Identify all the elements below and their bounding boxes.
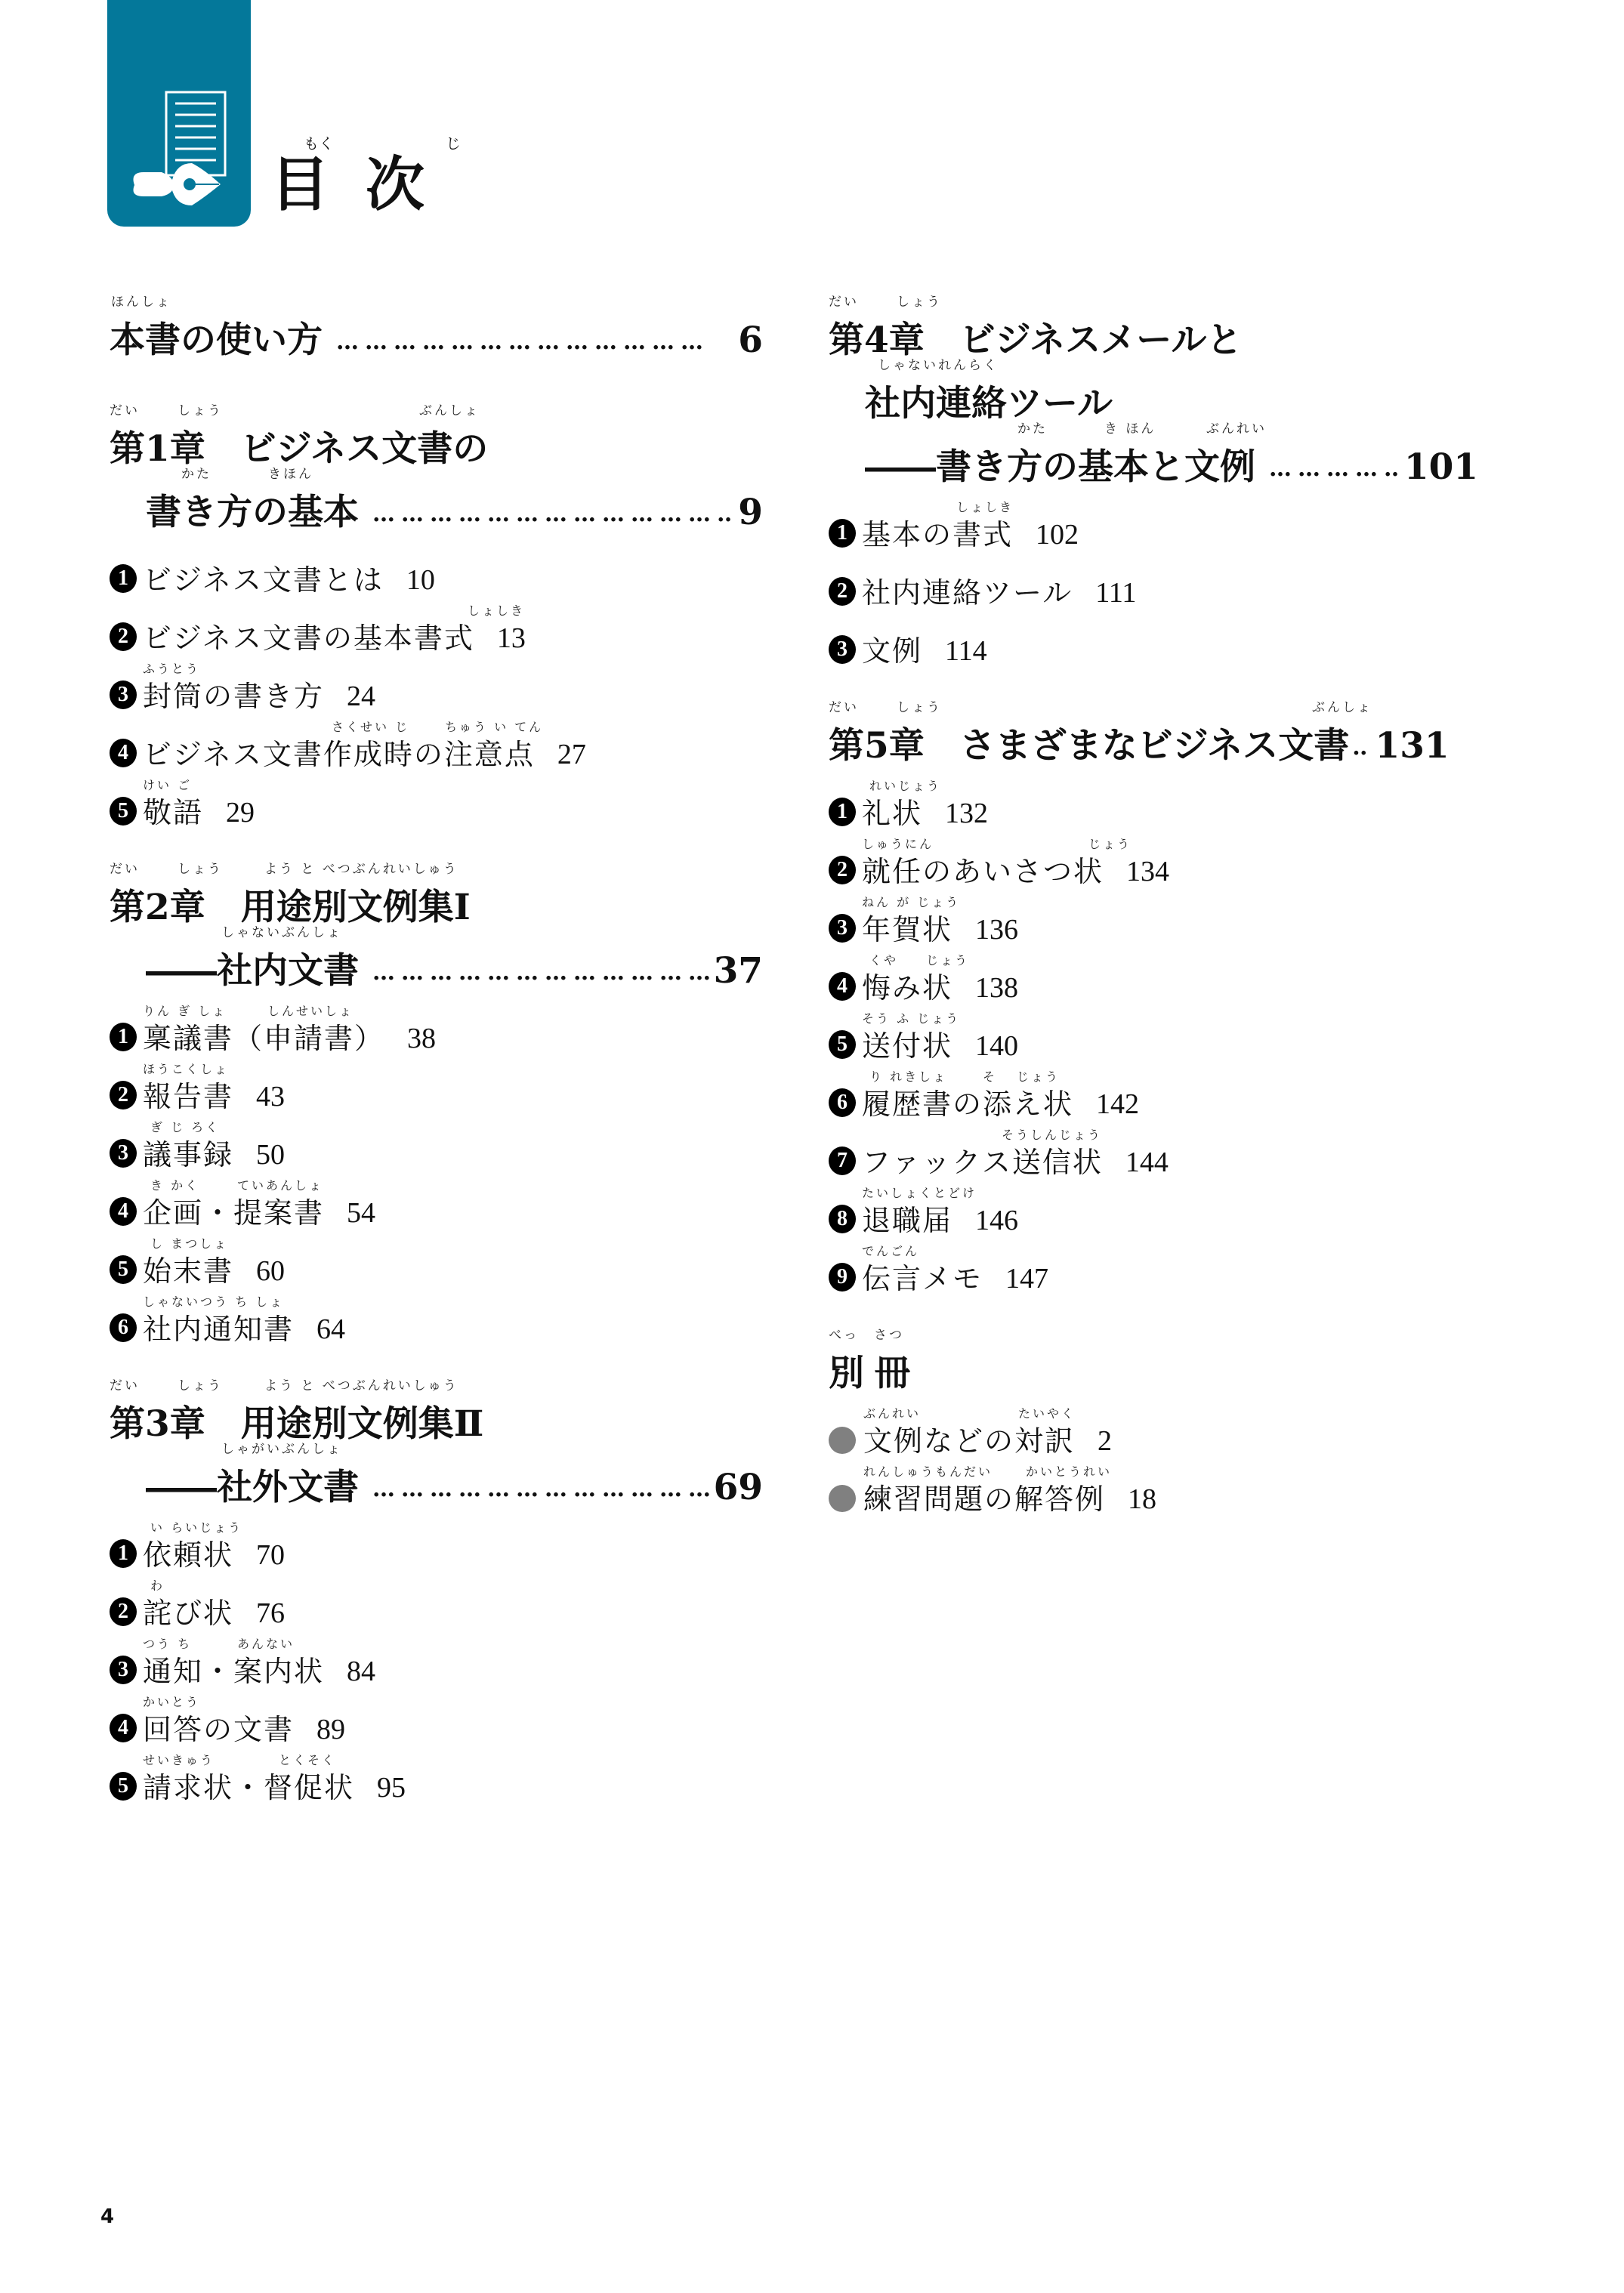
furigana: けい ご	[143, 779, 192, 792]
furigana: だい	[829, 296, 859, 309]
furigana: わ	[150, 1580, 165, 1592]
number-badge-icon: 1	[829, 798, 856, 826]
furigana: そう ふ じょう	[862, 1013, 960, 1025]
toc-item[interactable]: しょしき2ビジネス文書の基本書式13	[110, 594, 763, 653]
number-badge-icon: 4	[110, 739, 137, 767]
number-badge-icon: 1	[829, 519, 856, 548]
toc-item[interactable]: さくせい じちゅう い てん4ビジネス文書作成時の注意点27	[110, 711, 763, 769]
number-badge-icon: 8	[829, 1205, 856, 1233]
dot-leader: ……………………………………	[372, 961, 709, 989]
item-label: 議事録	[143, 1140, 233, 1169]
chapter-subtitle: ――社外文書	[146, 1470, 359, 1505]
page-number: 76	[256, 1599, 285, 1628]
dot-leader: ‥	[1352, 736, 1373, 764]
toc-item[interactable]: ふうとう3封筒の書き方24	[110, 653, 763, 711]
chapter-title: 第1章 ビジネス文書の	[110, 431, 488, 467]
item-label: 基本の書式	[862, 520, 1013, 549]
furigana: ふうとう	[143, 663, 200, 675]
number-badge-icon: 4	[829, 972, 856, 1001]
furigana: ぎ じ ろく	[150, 1122, 220, 1134]
item-label: 退職届	[862, 1206, 952, 1235]
furigana: だい	[110, 1380, 140, 1393]
furigana: だい	[110, 405, 140, 418]
furigana: ねん が じょう	[862, 897, 960, 909]
page-number: 111	[1095, 579, 1136, 607]
item-label: 年賀状	[862, 915, 952, 944]
furigana: そ	[983, 1071, 997, 1083]
furigana: でんごん	[862, 1245, 919, 1258]
item-label: 練習問題の解答例	[863, 1485, 1105, 1514]
page-number: 6	[738, 323, 763, 358]
number-badge-icon: 5	[110, 797, 137, 826]
number-badge-icon: 7	[829, 1146, 856, 1175]
furigana: しょしき	[956, 501, 1014, 514]
toc-item[interactable]: り れきしょそじょう6履歴書の添え状142	[829, 1060, 1478, 1119]
page-number: 142	[1096, 1090, 1139, 1119]
page-number: 114	[945, 637, 987, 665]
gray-bullet-icon	[829, 1485, 856, 1512]
furigana: しゃないつう ち しょ	[143, 1296, 284, 1308]
item-label: 依頼状	[143, 1541, 233, 1569]
number-badge-icon: 1	[110, 1539, 137, 1568]
furigana: し まつしょ	[150, 1238, 228, 1250]
page-number: 10	[406, 566, 435, 594]
page-number: 95	[377, 1773, 406, 1802]
number-badge-icon: 6	[110, 1313, 137, 1342]
toc-chapter-1[interactable]: だい しょう ぶんしょ 第1章 ビジネス文書の かた きほん 書き方の基本 ………	[110, 403, 763, 827]
furigana: き ほん	[1104, 423, 1156, 436]
number-badge-icon: 9	[829, 1263, 856, 1292]
furigana: ちゅう い てん	[445, 721, 543, 733]
furigana: しょう	[178, 1380, 223, 1393]
furigana: りん ぎ しょ	[143, 1005, 227, 1017]
dot-leader: ……………………………………	[372, 503, 733, 530]
page-number: 89	[316, 1715, 345, 1744]
item-label: ビジネス文書とは	[143, 566, 384, 594]
number-badge-icon: 2	[110, 1597, 137, 1626]
item-label: 詫び状	[143, 1599, 233, 1628]
item-label: ビジネス文書の基本書式	[143, 624, 474, 653]
page-number: 84	[347, 1657, 375, 1686]
item-label: 封筒の書き方	[143, 682, 324, 711]
item-label: 伝言メモ	[862, 1264, 983, 1293]
number-badge-icon: 4	[110, 1714, 137, 1742]
number-badge-icon: 3	[110, 1139, 137, 1168]
number-badge-icon: 2	[110, 1081, 137, 1109]
chapter-subtitle: ――社内文書	[146, 953, 359, 989]
furigana: じょう	[1017, 1071, 1060, 1083]
number-badge-icon: 5	[829, 1030, 856, 1059]
number-badge-icon: 3	[829, 914, 856, 943]
toc-item[interactable]: そうしんじょう7ファックス送信状144	[829, 1119, 1478, 1177]
furigana: ぶんれい	[863, 1408, 921, 1420]
furigana: ほうこくしょ	[143, 1063, 229, 1076]
page-number: 2	[1098, 1427, 1112, 1455]
page-number: 38	[407, 1024, 436, 1053]
header-tab	[107, 0, 251, 227]
page-number: 29	[226, 798, 255, 827]
furigana: ていあんしょ	[237, 1180, 323, 1192]
toc-item[interactable]: ぎ じ ろく3議事録50	[110, 1111, 763, 1169]
furigana: とくそく	[279, 1754, 336, 1767]
toc-item[interactable]: しゃないつう ち しょ6社内通知書64	[110, 1285, 763, 1344]
furigana: れんしゅうもんだい	[863, 1466, 993, 1478]
page-number: 69	[714, 1470, 763, 1505]
number-badge-icon: 2	[829, 856, 856, 884]
toc-item[interactable]: れいじょう1礼状132	[829, 770, 1478, 828]
toc-item[interactable]: くやじょう4悔み状138	[829, 944, 1478, 1002]
dot-leader: ……………………………………	[372, 1478, 709, 1505]
item-label: ファックス送信状	[862, 1148, 1103, 1177]
item-label: 文例	[862, 637, 922, 665]
number-badge-icon: 2	[110, 622, 137, 651]
furigana: つう ち	[143, 1638, 192, 1650]
furigana: よう と べつぶんれいしゅう	[264, 863, 458, 876]
furigana: しょう	[897, 296, 942, 309]
item-label: 悔み状	[862, 974, 952, 1002]
furigana: そうしんじょう	[1002, 1129, 1102, 1141]
page-number: 140	[975, 1032, 1018, 1060]
item-label: 通知・案内状	[143, 1657, 324, 1686]
toc-item[interactable]: でんごん9伝言メモ147	[829, 1235, 1478, 1293]
toc-item[interactable]: ぶんれいたいやく文例などの対訳2	[829, 1397, 1478, 1455]
item-label: 稟議書（申請書）	[143, 1024, 384, 1053]
furigana: かた	[1017, 423, 1048, 436]
page-number: 131	[1375, 728, 1450, 764]
number-badge-icon: 5	[110, 1772, 137, 1801]
page-number: 64	[316, 1315, 345, 1344]
toc-item[interactable]: ほうこくしょ2報告書43	[110, 1053, 763, 1111]
furigana: り れきしょ	[869, 1071, 947, 1083]
item-label: 社内通知書	[143, 1315, 294, 1344]
page-number: 144	[1125, 1148, 1169, 1177]
toc-item[interactable]: せいきゅうとくそく5請求状・督促状95	[110, 1744, 763, 1802]
item-label: ビジネス文書作成時の注意点	[143, 740, 535, 769]
toc-item[interactable]: 3文例114	[829, 607, 1478, 665]
furigana: かいとうれい	[1026, 1466, 1112, 1478]
item-label: 就任のあいさつ状	[862, 857, 1104, 886]
number-badge-icon: 1	[110, 564, 137, 593]
page-number: 146	[975, 1206, 1018, 1235]
page-number: 13	[497, 624, 526, 653]
footer-page-number: 4	[100, 2205, 114, 2228]
page-number: 43	[256, 1082, 285, 1111]
furigana: じょう	[926, 955, 969, 967]
document-with-pen-nib-icon	[107, 0, 251, 227]
toc-item[interactable]: たいしょくとどけ8退職届146	[829, 1177, 1478, 1235]
toc-item[interactable]: 1ビジネス文書とは10	[110, 536, 763, 594]
furigana: しゃないれんらく	[878, 360, 999, 372]
page-number: 134	[1126, 857, 1169, 886]
toc-supplement[interactable]: べっ さつ 別冊 ぶんれいたいやく文例などの対訳2 れんしゅうもんだいかいとうれ…	[829, 1328, 1478, 1514]
furigana: しゃないぶんしょ	[221, 927, 342, 940]
item-label: 回答の文書	[143, 1715, 294, 1744]
furigana: だい	[829, 702, 859, 714]
page-number: 138	[975, 974, 1018, 1002]
page-title: もく じ 目次	[270, 136, 461, 227]
toc-right-column: だい しょう 第4章 ビジネスメールと しゃないれんらく 社内連絡ツール かた …	[829, 295, 1478, 1548]
furigana: さくせい じ	[332, 721, 409, 733]
toc-item[interactable]: りん ぎ しょしんせいしょ1稟議書（申請書）38	[110, 995, 763, 1053]
chapter-title: 第2章 用途別文例集Ⅰ	[110, 890, 471, 925]
furigana: しょしき	[468, 605, 525, 617]
furigana: しょう	[178, 405, 223, 418]
toc-intro[interactable]: ほんしょ 本書の使い方 ………………………………… 6	[110, 295, 763, 358]
page-number: 54	[347, 1199, 375, 1227]
furigana: あんない	[237, 1638, 295, 1650]
number-badge-icon: 3	[110, 1656, 137, 1684]
page-number: 60	[256, 1257, 285, 1285]
toc-item[interactable]: しゅうにんじょう2就任のあいさつ状134	[829, 828, 1478, 886]
chapter-title: 第5章 さまざまなビジネス文書	[829, 728, 1349, 764]
item-label: 請求状・督促状	[143, 1773, 354, 1802]
page-number: 70	[256, 1541, 285, 1569]
furigana: しゃがいぶんしょ	[221, 1443, 342, 1456]
furigana: ほんしょ	[111, 296, 171, 309]
page-number: 9	[738, 495, 763, 530]
page-number: 27	[557, 740, 586, 769]
toc-left-column: ほんしょ 本書の使い方 ………………………………… 6 だい しょう ぶんしょ …	[110, 295, 763, 1837]
chapter-subtitle: 社内連絡ツール	[865, 386, 1113, 421]
furigana: しんせいしょ	[267, 1005, 354, 1017]
dot-leader: ………………	[1269, 458, 1400, 485]
toc-chapter-4[interactable]: だい しょう 第4章 ビジネスメールと しゃないれんらく 社内連絡ツール かた …	[829, 295, 1478, 665]
page-number: 18	[1128, 1485, 1156, 1514]
toc-item[interactable]: し まつしょ5始末書60	[110, 1227, 763, 1285]
chapter-subtitle: 書き方の基本	[146, 495, 359, 530]
toc-chapter-2[interactable]: だい しょう よう と べつぶんれいしゅう 第2章 用途別文例集Ⅰ しゃないぶん…	[110, 862, 763, 1344]
gray-bullet-icon	[829, 1427, 856, 1454]
item-label: 始末書	[143, 1257, 233, 1285]
page-number: 102	[1036, 520, 1079, 549]
toc-item[interactable]: わ2詫び状76	[110, 1569, 763, 1628]
furigana: れいじょう	[869, 780, 941, 792]
toc-item[interactable]: けい ご5敬語29	[110, 769, 763, 827]
furigana: せいきゅう	[143, 1754, 215, 1767]
item-label: 企画・提案書	[143, 1199, 324, 1227]
furigana: い らいじょう	[150, 1522, 242, 1534]
page-number: 132	[945, 799, 988, 828]
toc-item[interactable]: そう ふ じょう5送付状140	[829, 1002, 1478, 1060]
number-badge-icon: 1	[110, 1023, 137, 1051]
toc-chapter-5[interactable]: だい しょう ぶんしょ 第5章 さまざまなビジネス文書 ‥ 131 れいじょう1…	[829, 700, 1478, 1293]
toc-item[interactable]: つう ちあんない3通知・案内状84	[110, 1628, 763, 1686]
page-number: 37	[714, 953, 763, 989]
furigana: きほん	[268, 468, 313, 481]
page-number: 50	[256, 1140, 285, 1169]
toc-item[interactable]: ねん が じょう3年賀状136	[829, 886, 1478, 944]
toc-item[interactable]: しょしき1基本の書式102	[829, 491, 1478, 549]
chapter-subtitle: ――書き方の基本と文例	[865, 449, 1255, 485]
item-label: 履歴書の添え状	[862, 1090, 1073, 1119]
number-badge-icon: 2	[829, 577, 856, 606]
furigana: たいやく	[1018, 1408, 1076, 1420]
chapter-title: 第3章 用途別文例集Ⅱ	[110, 1406, 483, 1442]
item-label: 社内連絡ツール	[862, 579, 1073, 607]
furigana: ぶんしょ	[1312, 702, 1372, 714]
item-label: 敬語	[143, 798, 203, 827]
title-char: 次	[366, 151, 461, 219]
toc-item[interactable]: い らいじょう1依頼状70	[110, 1511, 763, 1569]
toc-chapter-3[interactable]: だい しょう よう と べつぶんれいしゅう 第3章 用途別文例集Ⅱ しゃがいぶん…	[110, 1378, 763, 1802]
toc-item[interactable]: れんしゅうもんだいかいとうれい練習問題の解答例18	[829, 1455, 1478, 1514]
furigana: しゅうにん	[862, 838, 934, 850]
toc-heading-title: 本書の使い方	[110, 323, 323, 358]
furigana: しょう	[178, 863, 223, 876]
page-number: 101	[1404, 449, 1478, 485]
toc-item[interactable]: かいとう4回答の文書89	[110, 1686, 763, 1744]
furigana: よう と べつぶんれいしゅう	[264, 1380, 458, 1393]
furigana: き かく	[150, 1180, 199, 1192]
number-badge-icon: 3	[829, 635, 856, 664]
dot-leader: …………………………………	[336, 331, 733, 358]
furigana: ぶんしょ	[419, 405, 480, 418]
furigana: もく	[304, 136, 334, 151]
item-label: 送付状	[862, 1032, 952, 1060]
furigana: かいとう	[143, 1696, 200, 1708]
item-label: 礼状	[862, 799, 922, 828]
page-title-furigana: もく じ	[270, 136, 461, 156]
furigana: じ	[446, 136, 461, 151]
furigana: くや	[869, 955, 898, 967]
furigana: しょう	[897, 702, 942, 714]
item-label: 文例などの対訳	[863, 1427, 1075, 1455]
furigana: べっ さつ	[829, 1329, 904, 1342]
furigana: たいしょくとどけ	[862, 1187, 977, 1199]
toc-item[interactable]: き かくていあんしょ4企画・提案書54	[110, 1169, 763, 1227]
furigana: じょう	[1088, 838, 1132, 850]
page-number: 24	[347, 682, 375, 711]
supplement-title: 別冊	[829, 1356, 921, 1391]
chapter-title: 第4章 ビジネスメールと	[829, 323, 1242, 358]
toc-item[interactable]: 2社内連絡ツール111	[829, 549, 1478, 607]
title-char: 目	[270, 151, 366, 219]
furigana: かた	[181, 468, 211, 481]
item-label: 報告書	[143, 1082, 233, 1111]
page-number: 147	[1005, 1264, 1048, 1293]
number-badge-icon: 6	[829, 1088, 856, 1117]
furigana: ぶんれい	[1206, 423, 1267, 436]
page-number: 136	[975, 915, 1018, 944]
number-badge-icon: 5	[110, 1255, 137, 1284]
number-badge-icon: 4	[110, 1197, 137, 1226]
number-badge-icon: 3	[110, 680, 137, 709]
furigana: だい	[110, 863, 140, 876]
